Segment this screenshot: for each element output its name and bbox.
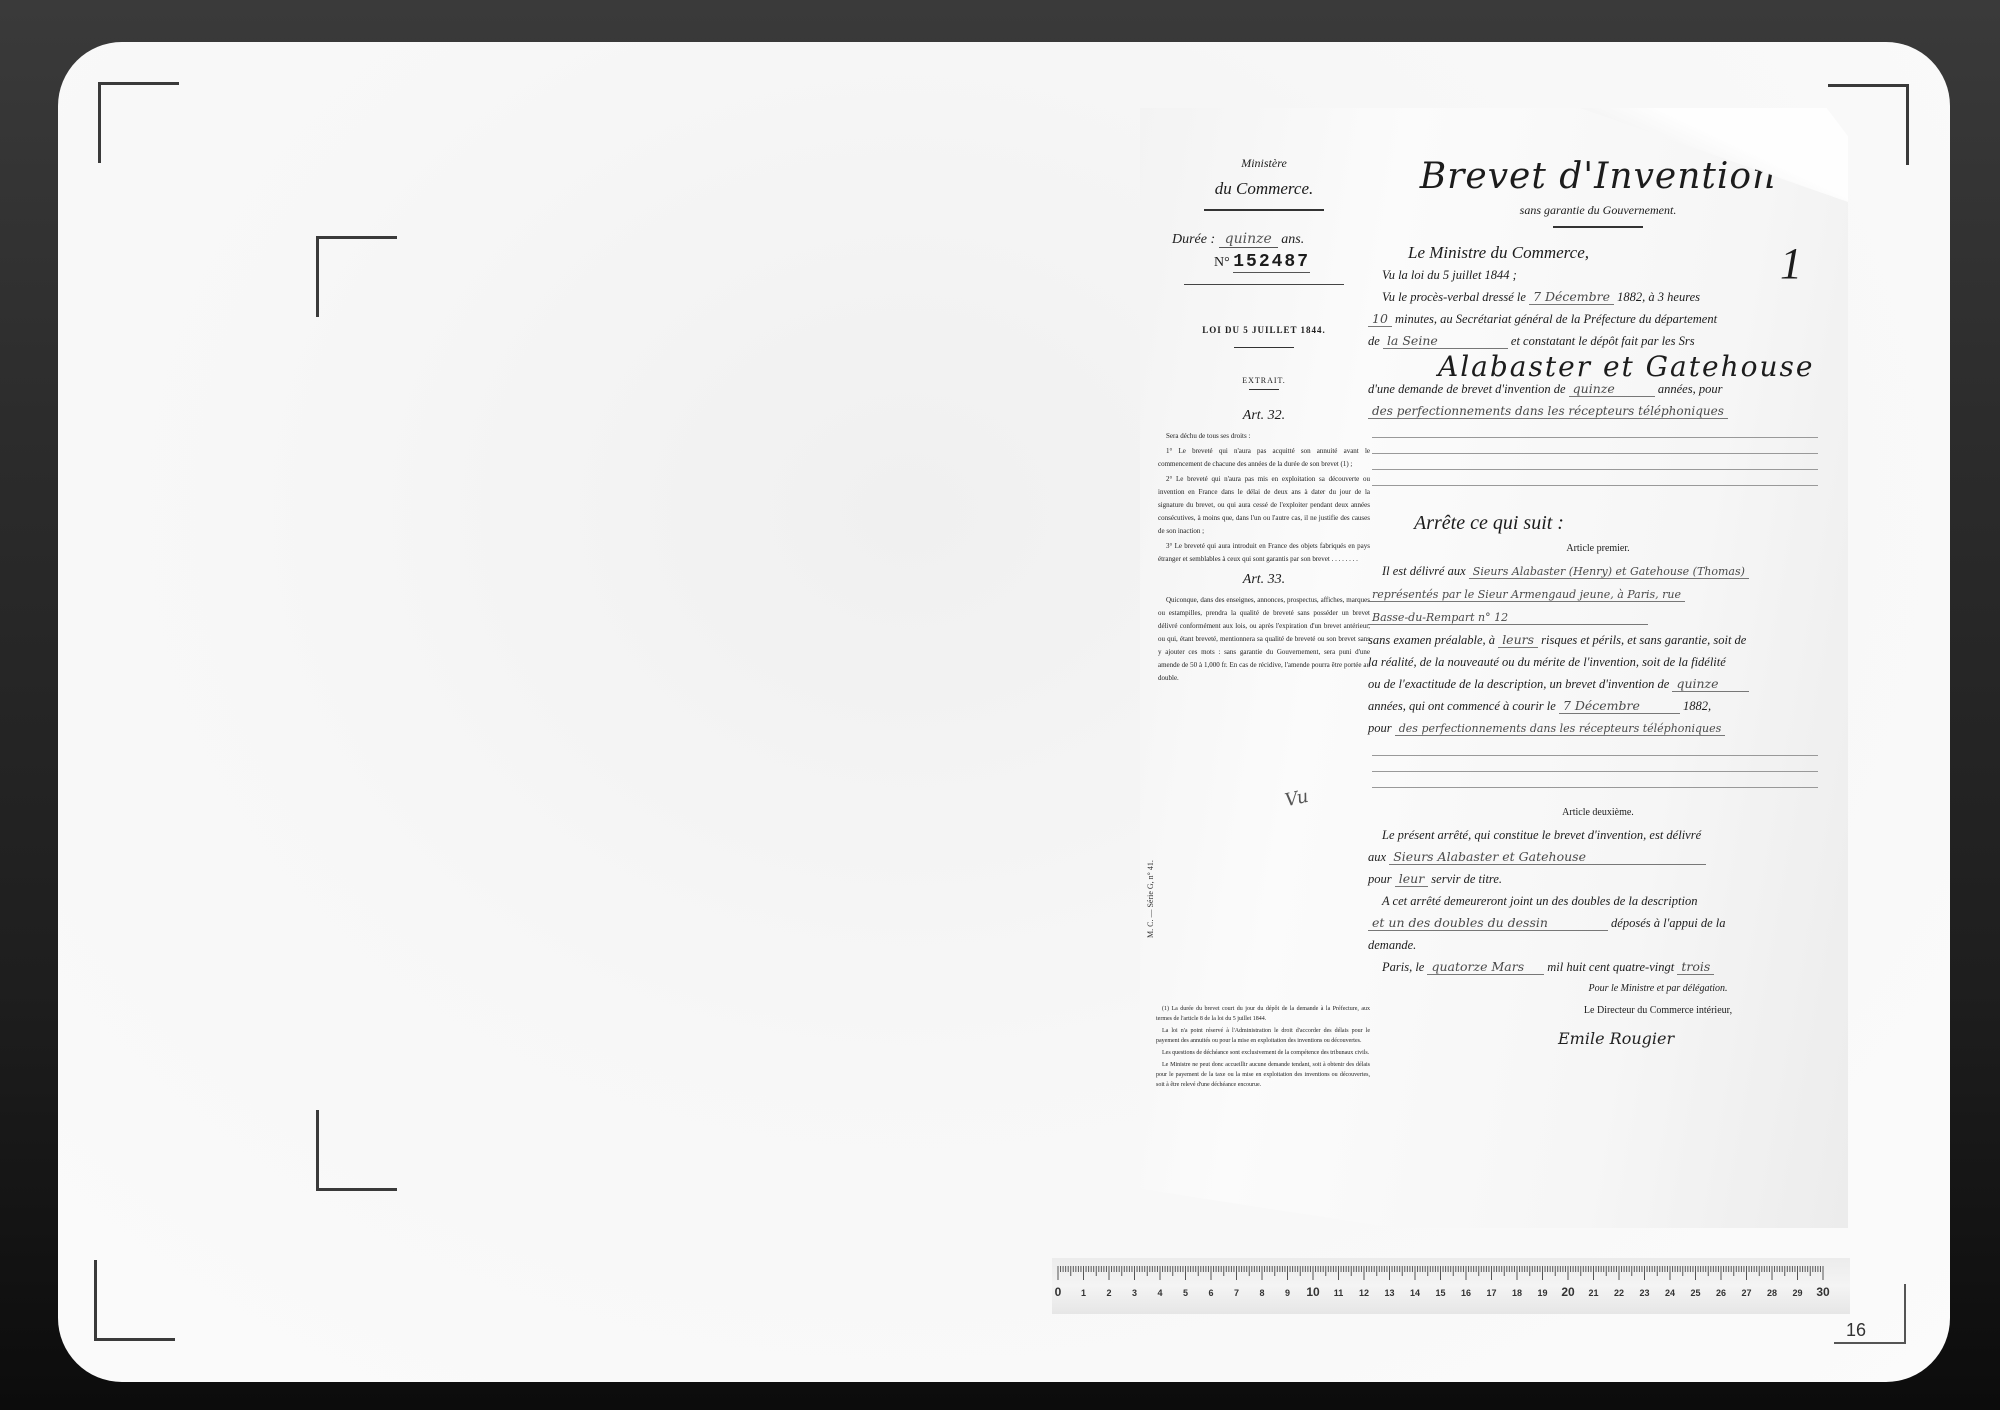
article2-title: Article deuxième. xyxy=(1368,802,1828,824)
art2-text-6: demande. xyxy=(1368,934,1828,956)
handwritten-recipients: Sieurs Alabaster et Gatehouse xyxy=(1389,849,1706,865)
article1-title: Article premier. xyxy=(1368,538,1828,560)
svg-text:26: 26 xyxy=(1716,1288,1726,1298)
art2-text-3: pour leur servir de titre. xyxy=(1368,868,1828,890)
blank-line xyxy=(1372,771,1818,772)
ministry-heading: Ministère du Commerce. xyxy=(1158,156,1370,199)
handwritten-date: 7 Décembre xyxy=(1559,698,1680,714)
divider xyxy=(1249,389,1279,390)
handwritten-duration: quinze xyxy=(1672,676,1748,692)
handwritten-agent: représentés par le Sieur Armengaud jeune… xyxy=(1368,588,1685,602)
svg-text:13: 13 xyxy=(1384,1288,1394,1298)
minutes-line: 10 minutes, au Secrétariat général de la… xyxy=(1368,308,1828,330)
art1-text-3: ou de l'exactitude de la description, un… xyxy=(1368,673,1828,695)
svg-text:30: 30 xyxy=(1816,1285,1830,1299)
art33-heading: Art. 33. xyxy=(1158,572,1370,588)
text: pour xyxy=(1368,721,1392,735)
crop-mark-outer-bottom-left xyxy=(94,1260,175,1341)
extrait-heading: EXTRAIT. xyxy=(1158,376,1370,385)
margin-column: Ministère du Commerce. Durée : quinze an… xyxy=(1158,156,1370,687)
page-corner-mark xyxy=(1834,1284,1906,1344)
text: années, qui ont commencé à courir le xyxy=(1368,699,1556,713)
applicant-names: Alabaster et Gatehouse xyxy=(1438,356,1828,378)
form-reference: M. C. — Série G, n° 41. xyxy=(1146,860,1155,938)
art32-heading: Art. 32. xyxy=(1158,408,1370,424)
svg-text:1: 1 xyxy=(1081,1288,1086,1298)
text: A cet arrêté demeureront xyxy=(1382,894,1507,908)
svg-text:29: 29 xyxy=(1792,1288,1802,1298)
svg-text:17: 17 xyxy=(1486,1288,1496,1298)
handwritten-word: leur xyxy=(1395,871,1428,887)
blank-line xyxy=(1372,755,1818,756)
svg-text:25: 25 xyxy=(1690,1288,1700,1298)
corner-number: 1 xyxy=(1780,238,1802,289)
handwritten-recipients: Sieurs Alabaster (Henry) et Gatehouse (T… xyxy=(1469,565,1749,579)
numero-label: N° xyxy=(1214,255,1230,270)
law-paragraph: Quiconque, dans des enseignes, annonces,… xyxy=(1158,594,1370,685)
ruler-scale: 0123456789101112131415161718192021222324… xyxy=(1052,1258,1850,1314)
svg-text:27: 27 xyxy=(1741,1288,1751,1298)
svg-text:3: 3 xyxy=(1132,1288,1137,1298)
handwritten-date: quatorze Mars xyxy=(1427,959,1544,975)
text: ou de l'exactitude de la description, un… xyxy=(1368,677,1669,691)
crop-mark-outer-top-left xyxy=(98,82,179,163)
svg-text:11: 11 xyxy=(1334,1288,1344,1298)
text: un des doubles de la description xyxy=(1536,894,1697,908)
law-paragraph: Les questions de déchéance sont exclusiv… xyxy=(1156,1048,1370,1058)
handwritten-attachment: et un des doubles du dessin xyxy=(1368,915,1608,931)
svg-text:20: 20 xyxy=(1561,1285,1575,1299)
law-paragraph: La loi n'a point réservé à l'Administrat… xyxy=(1156,1026,1370,1046)
blank-line xyxy=(1372,485,1818,486)
blank-line xyxy=(1372,437,1818,438)
law-paragraph: 3° Le breveté qui aura introduit en Fran… xyxy=(1158,540,1370,566)
invention-title-line: des perfectionnements dans les récepteur… xyxy=(1368,400,1828,422)
divider xyxy=(1184,284,1344,285)
svg-text:2: 2 xyxy=(1106,1288,1111,1298)
delegation-line: Pour le Ministre et par délégation. xyxy=(1488,978,1828,1000)
ministry-line2: du Commerce. xyxy=(1158,179,1370,199)
duree-value: quinze xyxy=(1219,231,1278,248)
art2-text-4: A cet arrêté demeureront joint un des do… xyxy=(1382,890,1828,912)
text: 1882, à 3 heures xyxy=(1617,290,1700,304)
law-paragraph: Le Ministre ne peut donc accueillir aucu… xyxy=(1156,1060,1370,1090)
text: servir de titre. xyxy=(1431,872,1502,886)
text: d'une demande de brevet d'invention de xyxy=(1368,382,1566,396)
handwritten-duration: quinze xyxy=(1569,381,1655,397)
blank-line xyxy=(1372,787,1818,788)
text: Il est délivré aux xyxy=(1382,564,1466,578)
main-column: Brevet d'Invention sans garantie du Gouv… xyxy=(1368,156,1828,1050)
divider xyxy=(1234,347,1294,348)
text: risques et périls, et sans garantie, soi… xyxy=(1541,633,1746,647)
svg-text:18: 18 xyxy=(1512,1288,1522,1298)
law-heading: LOI DU 5 JUILLET 1844. xyxy=(1158,325,1370,335)
svg-text:12: 12 xyxy=(1359,1288,1369,1298)
svg-text:15: 15 xyxy=(1435,1288,1445,1298)
footnotes: (1) La durée du brevet court du jour du … xyxy=(1156,1004,1370,1092)
svg-text:24: 24 xyxy=(1665,1288,1675,1298)
law-paragraph: 1° Le breveté qui n'aura pas acquitté so… xyxy=(1158,445,1370,471)
art1-text-4: années, qui ont commencé à courir le 7 D… xyxy=(1368,695,1828,717)
text: joint xyxy=(1510,894,1533,908)
patent-number: 152487 xyxy=(1233,252,1310,273)
date-line: Paris, le quatorze Mars mil huit cent qu… xyxy=(1382,956,1828,978)
numero-field: N° 152487 xyxy=(1214,252,1370,272)
crop-mark-inner-bottom-left xyxy=(316,1110,397,1191)
ornament-rule xyxy=(1204,209,1324,211)
department-line: de la Seine et constatant le dépôt fait … xyxy=(1368,330,1828,352)
art32-text: Sera déchu de tous ses droits :1° Le bre… xyxy=(1158,430,1370,566)
text: sans examen préalable, à xyxy=(1368,633,1495,647)
art33-text: Quiconque, dans des enseignes, annonces,… xyxy=(1158,594,1370,685)
law-paragraph: (1) La durée du brevet court du jour du … xyxy=(1156,1004,1370,1024)
law-paragraph: 2° Le breveté qui n'aura pas mis en expl… xyxy=(1158,473,1370,538)
minister-heading: Le Ministre du Commerce, xyxy=(1408,242,1828,264)
vu-proces-verbal: Vu le procès-verbal dressé le 7 Décembre… xyxy=(1382,286,1828,308)
handwritten-minutes: 10 xyxy=(1368,311,1392,327)
blank-line xyxy=(1372,469,1818,470)
handwritten-word: leurs xyxy=(1498,632,1538,648)
handwritten-date: 7 Décembre xyxy=(1529,289,1614,305)
document-subtitle: sans garantie du Gouvernement. xyxy=(1368,203,1828,218)
text: Paris, le xyxy=(1382,960,1424,974)
arrete-heading: Arrête ce qui suit : xyxy=(1414,512,1828,534)
duree-unit: ans. xyxy=(1281,232,1304,247)
art2-text-2: aux Sieurs Alabaster et Gatehouse xyxy=(1368,846,1828,868)
crop-mark-inner-top-left xyxy=(316,236,397,317)
svg-text:10: 10 xyxy=(1306,1285,1320,1299)
text: aux xyxy=(1368,850,1386,864)
art2-text-5: et un des doubles du dessin déposés à l'… xyxy=(1368,912,1828,934)
svg-text:28: 28 xyxy=(1767,1288,1777,1298)
ornament-rule xyxy=(1553,226,1643,228)
art1-text-1: sans examen préalable, à leurs risques e… xyxy=(1368,629,1828,651)
text: Vu le procès-verbal dressé le xyxy=(1382,290,1526,304)
text: 1882, xyxy=(1683,699,1711,713)
art1-text-5: pour des perfectionnements dans les réce… xyxy=(1368,717,1828,740)
svg-text:7: 7 xyxy=(1234,1288,1239,1298)
handwritten-department: la Seine xyxy=(1383,333,1508,349)
director-title: Le Directeur du Commerce intérieur, xyxy=(1488,1000,1828,1022)
text: pour xyxy=(1368,872,1392,886)
text: et constatant le dépôt fait par les Srs xyxy=(1511,334,1695,348)
text: années, pour xyxy=(1658,382,1723,396)
art1-address: Basse-du-Rempart n° 12 xyxy=(1368,606,1828,629)
handwritten-year: trois xyxy=(1677,959,1714,975)
ministry-line1: Ministère xyxy=(1158,156,1370,171)
art1-represented: représentés par le Sieur Armengaud jeune… xyxy=(1368,583,1828,606)
svg-text:8: 8 xyxy=(1259,1288,1264,1298)
svg-text:19: 19 xyxy=(1537,1288,1547,1298)
svg-text:5: 5 xyxy=(1183,1288,1188,1298)
art1-line: Il est délivré aux Sieurs Alabaster (Hen… xyxy=(1382,560,1828,583)
svg-text:23: 23 xyxy=(1639,1288,1649,1298)
handwritten-invention-title: des perfectionnements dans les récepteur… xyxy=(1368,404,1728,419)
text: minutes, au Secrétariat général de la Pr… xyxy=(1395,312,1717,326)
text: de xyxy=(1368,334,1380,348)
page-number: 16 xyxy=(1846,1320,1866,1341)
handwritten-address: Basse-du-Rempart n° 12 xyxy=(1368,611,1648,625)
handwritten-invention-title: des perfectionnements dans les récepteur… xyxy=(1395,722,1726,736)
text: mil huit cent quatre-vingt xyxy=(1547,960,1674,974)
duree-label: Durée : xyxy=(1172,232,1215,247)
svg-text:9: 9 xyxy=(1285,1288,1290,1298)
blank-line xyxy=(1372,453,1818,454)
art2-text-1: Le présent arrêté, qui constitue le brev… xyxy=(1382,824,1828,846)
svg-text:22: 22 xyxy=(1614,1288,1624,1298)
art1-text-2: la réalité, de la nouveauté ou du mérite… xyxy=(1368,651,1828,673)
vu-loi: Vu la loi du 5 juillet 1844 ; xyxy=(1382,264,1828,286)
svg-text:21: 21 xyxy=(1588,1288,1598,1298)
measurement-ruler: 0123456789101112131415161718192021222324… xyxy=(1052,1258,1850,1314)
duree-field: Durée : quinze ans. xyxy=(1172,231,1370,248)
svg-text:4: 4 xyxy=(1157,1288,1162,1298)
svg-text:0: 0 xyxy=(1055,1285,1062,1299)
svg-text:14: 14 xyxy=(1410,1288,1420,1298)
patent-document: Ministère du Commerce. Durée : quinze an… xyxy=(1140,108,1848,1228)
svg-text:16: 16 xyxy=(1461,1288,1471,1298)
svg-text:6: 6 xyxy=(1208,1288,1213,1298)
law-paragraph: Sera déchu de tous ses droits : xyxy=(1158,430,1370,443)
signature: Emile Rougier xyxy=(1558,1028,1828,1050)
text: déposés à l'appui de la xyxy=(1611,916,1725,930)
